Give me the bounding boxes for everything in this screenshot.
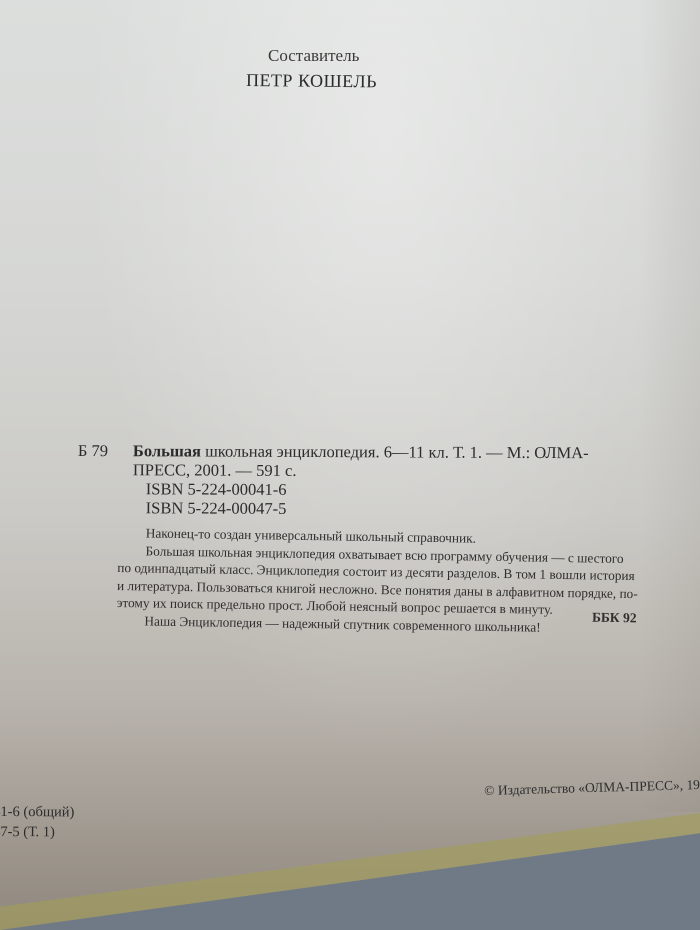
title-bold: Большая	[133, 441, 201, 460]
bibliographic-line-2: ПРЕСС, 2001. — 591 с.	[78, 460, 589, 481]
bottom-isbn-2: 047-5 (Т. 1)	[0, 822, 74, 842]
annotation: Наконец-то создан универсальный школьный…	[116, 524, 638, 638]
bibliographic-record: Б 79Большая школьная энциклопедия. 6—11 …	[78, 441, 589, 519]
compiler-label: Составитель	[268, 46, 359, 66]
bottom-isbn-1: 041-6 (общий)	[0, 802, 74, 822]
isbn-2: ISBN 5-224-00047-5	[78, 498, 589, 519]
title-rest: школьная энциклопедия. 6—11 кл. Т. 1. — …	[201, 442, 589, 463]
bibliographic-line-1: Б 79Большая школьная энциклопедия. 6—11 …	[78, 441, 589, 462]
library-code: Б 79	[78, 441, 133, 460]
bbk-code: ББК 92	[592, 610, 637, 627]
isbn-1: ISBN 5-224-00041-6	[78, 479, 589, 500]
page-shadow	[640, 0, 700, 812]
compiler-name: ПЕТР КОШЕЛЬ	[246, 70, 377, 92]
bottom-isbn-block: 041-6 (общий) 047-5 (Т. 1)	[0, 802, 74, 842]
